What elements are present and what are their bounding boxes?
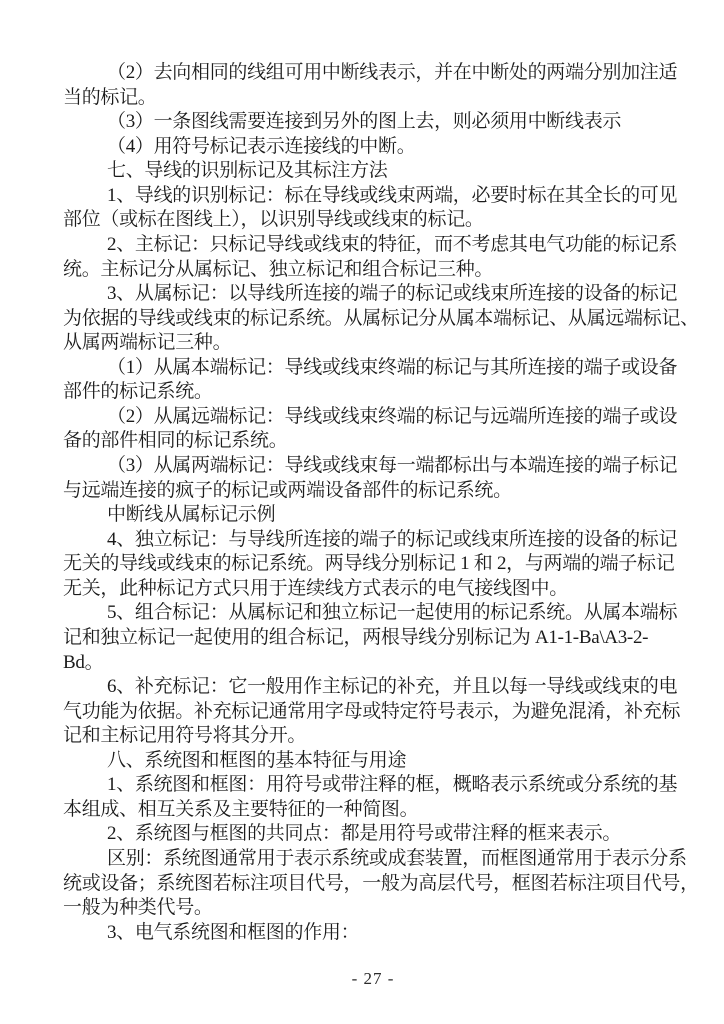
text-line: 无关的导线或线束的标记系统。两导线分别标记 1 和 2，与两端的端子标记 xyxy=(63,552,713,577)
text-line: 1、导线的识别标记：标在导线或线束两端，必要时标在其全长的可见 xyxy=(63,184,713,209)
text-line: （2）从属远端标记：导线或线束终端的标记与远端所连接的端子或设 xyxy=(63,405,713,430)
text-line: 中断线从属标记示例 xyxy=(63,503,713,528)
text-line: 3、电气系统图和框图的作用： xyxy=(63,921,713,946)
page-number: - 27 - xyxy=(11,969,724,989)
text-line: 1、系统图和框图：用符号或带注释的框，概略表示系统或分系统的基 xyxy=(63,773,713,798)
document-body: （2）去向相同的线组可用中断线表示，并在中断处的两端分别加注适当的标记。（3）一… xyxy=(63,61,713,945)
text-line: 与远端连接的疯子的标记或两端设备部件的标记系统。 xyxy=(63,479,713,504)
text-line: 统或设备；系统图若标注项目代号，一般为高层代号，框图若标注项目代号， xyxy=(63,872,713,897)
text-line: 当的标记。 xyxy=(63,86,713,111)
text-line: 为依据的导线或线束的标记系统。从属标记分从属本端标记、从属远端标记、 xyxy=(63,307,713,332)
text-line: 备的部件相同的标记系统。 xyxy=(63,429,713,454)
text-line: Bd。 xyxy=(63,651,713,676)
text-line: 七、导线的识别标记及其标注方法 xyxy=(63,159,713,184)
text-line: 从属两端标记三种。 xyxy=(63,331,713,356)
text-line: 6、补充标记：它一般用作主标记的补充，并且以每一导线或线束的电 xyxy=(63,675,713,700)
text-line: （2）去向相同的线组可用中断线表示，并在中断处的两端分别加注适 xyxy=(63,61,713,86)
text-line: 部位（或标在图线上），以识别导线或线束的标记。 xyxy=(63,208,713,233)
text-line: 4、独立标记：与导线所连接的端子的标记或线束所连接的设备的标记 xyxy=(63,528,713,553)
text-line: 无关，此种标记方式只用于连续线方式表示的电气接线图中。 xyxy=(63,577,713,602)
text-line: （1）从属本端标记：导线或线束终端的标记与其所连接的端子或设备 xyxy=(63,356,713,381)
text-line: 一般为种类代号。 xyxy=(63,896,713,921)
document-page: （2）去向相同的线组可用中断线表示，并在中断处的两端分别加注适当的标记。（3）一… xyxy=(0,0,724,1024)
text-line: 区别：系统图通常用于表示系统或成套装置，而框图通常用于表示分系 xyxy=(63,847,713,872)
text-line: （4）用符号标记表示连接线的中断。 xyxy=(63,135,713,160)
text-line: 部件的标记系统。 xyxy=(63,380,713,405)
text-line: 2、主标记：只标记导线或线束的特征，而不考虑其电气功能的标记系 xyxy=(63,233,713,258)
text-line: 记和主标记用符号将其分开。 xyxy=(63,724,713,749)
text-line: 2、系统图与框图的共同点：都是用符号或带注释的框来表示。 xyxy=(63,822,713,847)
text-line: 气功能为依据。补充标记通常用字母或特定符号表示，为避免混淆，补充标 xyxy=(63,700,713,725)
text-line: （3）一条图线需要连接到另外的图上去，则必须用中断线表示 xyxy=(63,110,713,135)
text-line: 记和独立标记一起使用的组合标记，两根导线分别标记为 A1-1-Ba\A3-2- xyxy=(63,626,713,651)
text-line: 八、系统图和框图的基本特征与用途 xyxy=(63,749,713,774)
text-line: 5、组合标记：从属标记和独立标记一起使用的标记系统。从属本端标 xyxy=(63,601,713,626)
text-line: （3）从属两端标记：导线或线束每一端都标出与本端连接的端子标记 xyxy=(63,454,713,479)
text-line: 3、从属标记：以导线所连接的端子的标记或线束所连接的设备的标记 xyxy=(63,282,713,307)
text-line: 统。主标记分从属标记、独立标记和组合标记三种。 xyxy=(63,258,713,283)
text-line: 本组成、相互关系及主要特征的一种简图。 xyxy=(63,798,713,823)
